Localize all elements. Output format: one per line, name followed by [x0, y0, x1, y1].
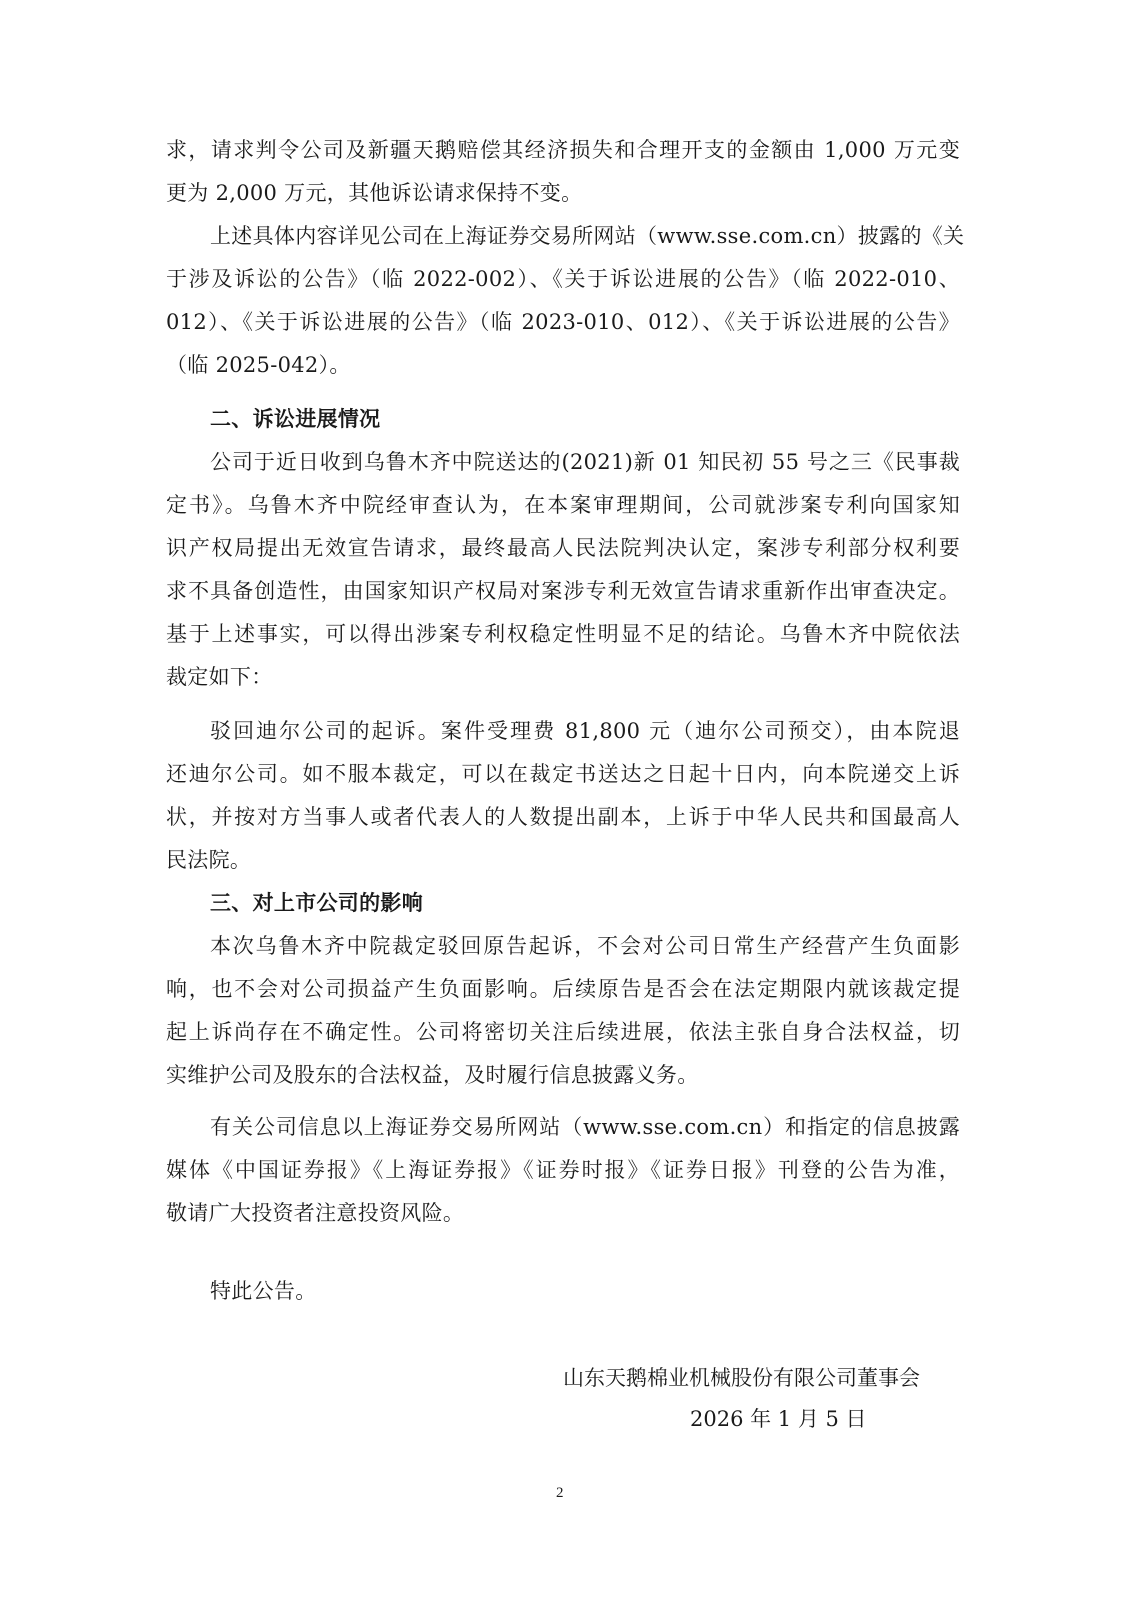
paragraph-line: 公司于近日收到乌鲁木齐中院送达的(2021)新 01 知民初 55 号之三《民事…	[210, 448, 960, 476]
paragraph-line: 驳回迪尔公司的起诉。案件受理费 81,800 元（迪尔公司预交），由本院退	[210, 717, 960, 745]
signature-date: 2026 年 1 月 5 日	[690, 1405, 867, 1433]
paragraph-line: 民法院。	[166, 846, 251, 874]
closing-statement: 特此公告。	[210, 1277, 317, 1305]
section-heading: 二、诉讼进展情况	[210, 405, 380, 433]
paragraph-line: 起上诉尚存在不确定性。公司将密切关注后续进展，依法主张自身合法权益，切	[166, 1018, 960, 1046]
paragraph-line: 实维护公司及股东的合法权益，及时履行信息披露义务。	[166, 1061, 699, 1089]
paragraph-line: 上述具体内容详见公司在上海证券交易所网站（www.sse.com.cn）披露的《…	[210, 222, 960, 250]
document-page: 求，请求判令公司及新疆天鹅赔偿其经济损失和合理开支的金额由 1,000 万元变 …	[0, 0, 1132, 1600]
paragraph-line: 识产权局提出无效宣告请求，最终最高人民法院判决认定，案涉专利部分权利要	[166, 534, 960, 562]
paragraph-line: 于涉及诉讼的公告》（临 2022-002）、《关于诉讼进展的公告》（临 2022…	[166, 265, 960, 293]
page-number: 2	[556, 1485, 564, 1502]
paragraph-line: 媒体《中国证券报》《上海证券报》《证券时报》《证券日报》刊登的公告为准，	[166, 1156, 960, 1184]
paragraph-line: 还迪尔公司。如不服本裁定，可以在裁定书送达之日起十日内，向本院递交上诉	[166, 760, 960, 788]
section-heading: 三、对上市公司的影响	[210, 889, 423, 917]
paragraph-line: 有关公司信息以上海证券交易所网站（www.sse.com.cn）和指定的信息披露	[210, 1113, 960, 1141]
paragraph-line: 敬请广大投资者注意投资风险。	[166, 1199, 464, 1227]
paragraph-line: 定书》。乌鲁木齐中院经审查认为，在本案审理期间，公司就涉案专利向国家知	[166, 491, 960, 519]
signature-company: 山东天鹅棉业机械股份有限公司董事会	[563, 1364, 920, 1392]
paragraph-line: 状，并按对方当事人或者代表人的人数提出副本，上诉于中华人民共和国最高人	[166, 803, 960, 831]
paragraph-line: 求，请求判令公司及新疆天鹅赔偿其经济损失和合理开支的金额由 1,000 万元变	[166, 136, 960, 164]
paragraph-line: 响，也不会对公司损益产生负面影响。后续原告是否会在法定期限内就该裁定提	[166, 975, 960, 1003]
paragraph-line: （临 2025-042）。	[166, 351, 351, 379]
paragraph-line: 裁定如下：	[166, 663, 273, 691]
paragraph-line: 本次乌鲁木齐中院裁定驳回原告起诉，不会对公司日常生产经营产生负面影	[210, 932, 960, 960]
paragraph-line: 更为 2,000 万元，其他诉讼请求保持不变。	[166, 179, 582, 207]
paragraph-line: 基于上述事实，可以得出涉案专利权稳定性明显不足的结论。乌鲁木齐中院依法	[166, 620, 960, 648]
paragraph-line: 012）、《关于诉讼进展的公告》（临 2023-010、012）、《关于诉讼进展…	[166, 308, 960, 336]
paragraph-line: 求不具备创造性，由国家知识产权局对案涉专利无效宣告请求重新作出审查决定。	[166, 577, 960, 605]
